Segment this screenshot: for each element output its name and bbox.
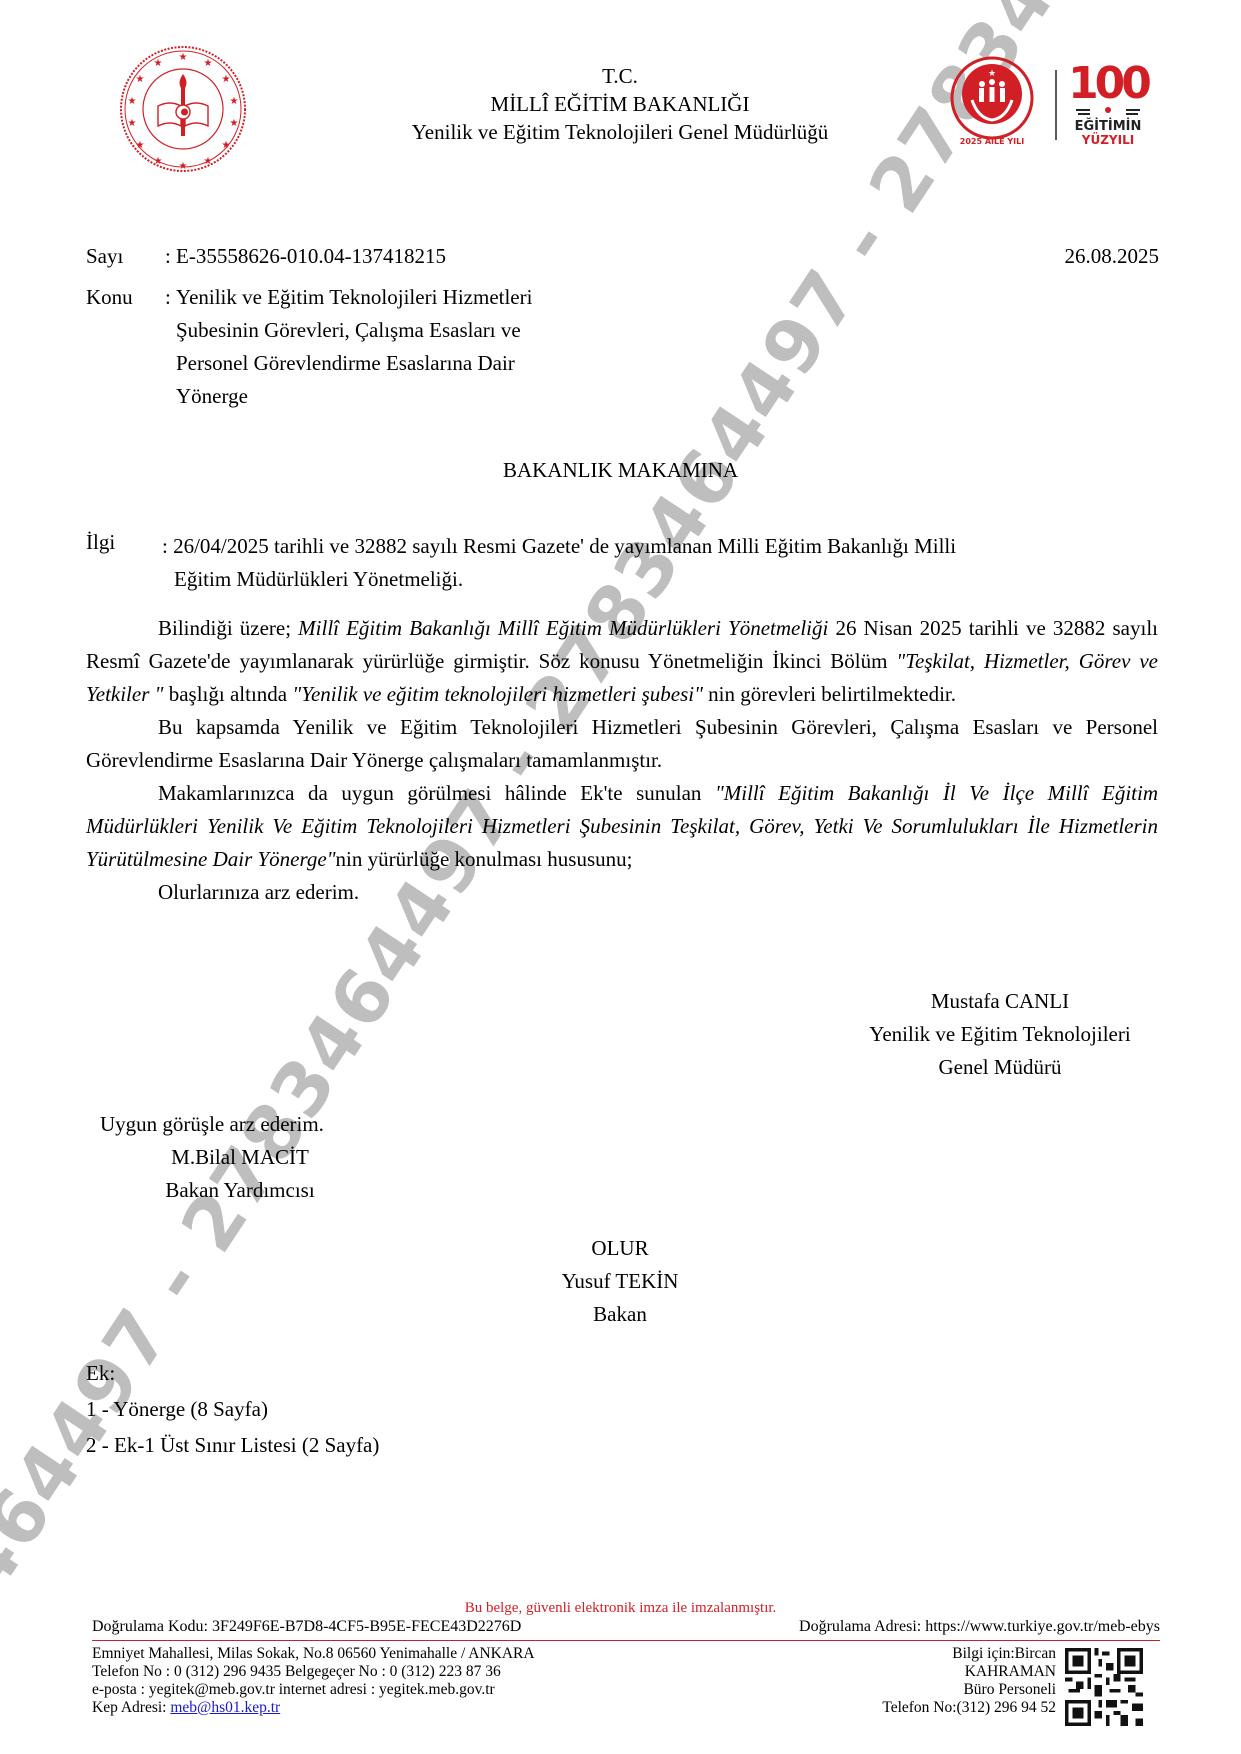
address-line: Emniyet Mahallesi, Milas Sokak, No.8 065… <box>92 1645 535 1663</box>
meb-seal-icon: ★ ★ ★ ★ ★ ★ ★ ★ ★ ★ ★ ★ ★ ★ <box>118 44 248 174</box>
sayi-label: Sayı <box>86 244 123 269</box>
attachments-label: Ek: <box>86 1355 379 1391</box>
kep-label: Kep Adresi: <box>92 1699 170 1716</box>
header-tc: T.C. <box>340 62 900 90</box>
recipient: BAKANLIK MAKAMINA <box>0 458 1241 483</box>
svg-text:★: ★ <box>988 69 996 79</box>
signer-name: Yusuf TEKİN <box>470 1265 770 1298</box>
text: nin görevleri belirtilmektedir. <box>703 682 956 706</box>
kep-link[interactable]: meb@hs01.kep.tr <box>170 1699 280 1716</box>
paragraph-2: Bu kapsamda Yenilik ve Eğitim Teknolojil… <box>86 711 1158 777</box>
qr-code-icon <box>1065 1648 1143 1726</box>
paragraph-3: Makamlarınızca da uygun görülmesi hâlind… <box>86 777 1158 876</box>
konu-line: Yenilik ve Eğitim Teknolojileri Hizmetle… <box>176 281 656 314</box>
sayi-value: E-35558626-010.04-137418215 <box>176 240 656 273</box>
esign-note: Bu belge, güvenli elektronik imza ile im… <box>0 1600 1241 1617</box>
info-line: Telefon No:(312) 296 94 52 <box>882 1699 1056 1717</box>
svg-text:★: ★ <box>204 156 213 167</box>
attachment-item: 1 - Yönerge (8 Sayfa) <box>86 1391 379 1427</box>
signer-title: Yenilik ve Eğitim Teknolojileri <box>830 1018 1170 1051</box>
svg-text:★: ★ <box>222 140 231 151</box>
svg-text:★: ★ <box>154 58 163 69</box>
svg-text:★: ★ <box>179 52 188 63</box>
svg-text:★: ★ <box>230 96 239 107</box>
signer-title: Genel Müdürü <box>830 1051 1170 1084</box>
signature-deputy-minister: Uygun görüşle arz ederim. M.Bilal MACİT … <box>100 1108 420 1207</box>
svg-text:EĞİTİMİN: EĞİTİMİN <box>1075 118 1142 134</box>
attachment-item: 2 - Ek-1 Üst Sınır Listesi (2 Sayfa) <box>86 1427 379 1463</box>
info-line: Büro Personeli <box>882 1681 1056 1699</box>
svg-text:★: ★ <box>179 161 188 172</box>
signer-name: Mustafa CANLI <box>830 985 1170 1018</box>
konu-value: Yenilik ve Eğitim Teknolojileri Hizmetle… <box>176 281 656 413</box>
ilgi-text: : 26/04/2025 tarihli ve 32882 sayılı Res… <box>162 530 1112 596</box>
info-line: Bilgi için:Bircan <box>882 1645 1056 1663</box>
svg-text:100: 100 <box>1068 58 1150 109</box>
signer-title: Bakan Yardımcısı <box>100 1174 380 1207</box>
text: Makamlarınızca da uygun görülmesi hâlind… <box>158 781 715 805</box>
letter-body: Bilindiği üzere; Millî Eğitim Bakanlığı … <box>86 612 1158 909</box>
svg-text:★: ★ <box>128 96 137 107</box>
header-directorate: Yenilik ve Eğitim Teknolojileri Genel Mü… <box>340 118 900 146</box>
family-year-logo-icon: ★ 2025 AİLE YILI <box>952 58 1032 146</box>
konu-colon: : <box>165 285 171 310</box>
svg-text:YÜZYILI: YÜZYILI <box>1081 132 1134 147</box>
ilgi-label: İlgi <box>86 530 115 555</box>
attachments: Ek: 1 - Yönerge (8 Sayfa) 2 - Ek-1 Üst S… <box>86 1355 379 1463</box>
century-of-education-logo-icon: 100 EĞİTİMİN YÜZYILI <box>1068 58 1150 147</box>
konu-line: Personel Görevlendirme Esaslarına Dair <box>176 347 656 380</box>
signature-general-manager: Mustafa CANLI Yenilik ve Eğitim Teknoloj… <box>830 985 1170 1084</box>
ilgi-line: Eğitim Müdürlükleri Yönetmeliği. <box>162 563 1112 596</box>
signer-name: M.Bilal MACİT <box>100 1141 380 1174</box>
paragraph-4: Olurlarınıza arz ederim. <box>86 876 1158 909</box>
verification-address: Doğrulama Adresi: https://www.turkiye.go… <box>799 1618 1160 1636</box>
email-line: e-posta : yegitek@meb.gov.tr internet ad… <box>92 1681 535 1699</box>
svg-text:★: ★ <box>128 118 137 129</box>
ilgi-line: : 26/04/2025 tarihli ve 32882 sayılı Res… <box>162 530 1112 563</box>
info-line: KAHRAMAN <box>882 1663 1056 1681</box>
footer-divider <box>92 1640 1160 1641</box>
approval-word: OLUR <box>470 1232 770 1265</box>
text: nin yürürlüğe konulması hususunu; <box>336 847 633 871</box>
svg-text:★: ★ <box>222 74 231 85</box>
konu-line: Yönerge <box>176 380 656 413</box>
svg-text:★: ★ <box>230 118 239 129</box>
verification-code: Doğrulama Kodu: 3F249F6E-B7D8-4CF5-B95E-… <box>92 1618 521 1636</box>
text: Bilindiği üzere; <box>158 616 298 640</box>
konu-label: Konu <box>86 285 133 310</box>
header-ministry: MİLLÎ EĞİTİM BAKANLIĞI <box>340 90 900 118</box>
contact-info: Bilgi için:Bircan KAHRAMAN Büro Personel… <box>882 1645 1056 1717</box>
svg-text:★: ★ <box>136 140 145 151</box>
kep-line: Kep Adresi: meb@hs01.kep.tr <box>92 1699 535 1717</box>
letterhead: T.C. MİLLÎ EĞİTİM BAKANLIĞI Yenilik ve E… <box>340 62 900 146</box>
text: başlığı altında <box>163 682 292 706</box>
approval-note: Uygun görüşle arz ederim. <box>100 1108 420 1141</box>
konu-line: Şubesinin Görevleri, Çalışma Esasları ve <box>176 314 656 347</box>
sayi-colon: : <box>165 244 171 269</box>
signature-minister: OLUR Yusuf TEKİN Bakan <box>470 1232 770 1331</box>
branch-title: "Yenilik ve eğitim teknolojileri hizmetl… <box>292 682 703 706</box>
verification-row: Doğrulama Kodu: 3F249F6E-B7D8-4CF5-B95E-… <box>92 1618 1160 1636</box>
signer-title: Bakan <box>470 1298 770 1331</box>
document-date: 26.08.2025 <box>1065 244 1160 269</box>
footer-address: Emniyet Mahallesi, Milas Sokak, No.8 065… <box>92 1645 535 1717</box>
right-logos: ★ 2025 AİLE YILI 100 EĞİTİMİN YÜZYILI <box>948 48 1163 158</box>
svg-text:★: ★ <box>204 58 213 69</box>
svg-text:2025 AİLE YILI: 2025 AİLE YILI <box>960 136 1024 146</box>
svg-text:★: ★ <box>154 156 163 167</box>
regulation-title: Millî Eğitim Bakanlığı Millî Eğitim Müdü… <box>298 616 828 640</box>
phone-line: Telefon No : 0 (312) 296 9435 Belgegeçer… <box>92 1663 535 1681</box>
svg-text:★: ★ <box>136 74 145 85</box>
paragraph-1: Bilindiği üzere; Millî Eğitim Bakanlığı … <box>86 612 1158 711</box>
